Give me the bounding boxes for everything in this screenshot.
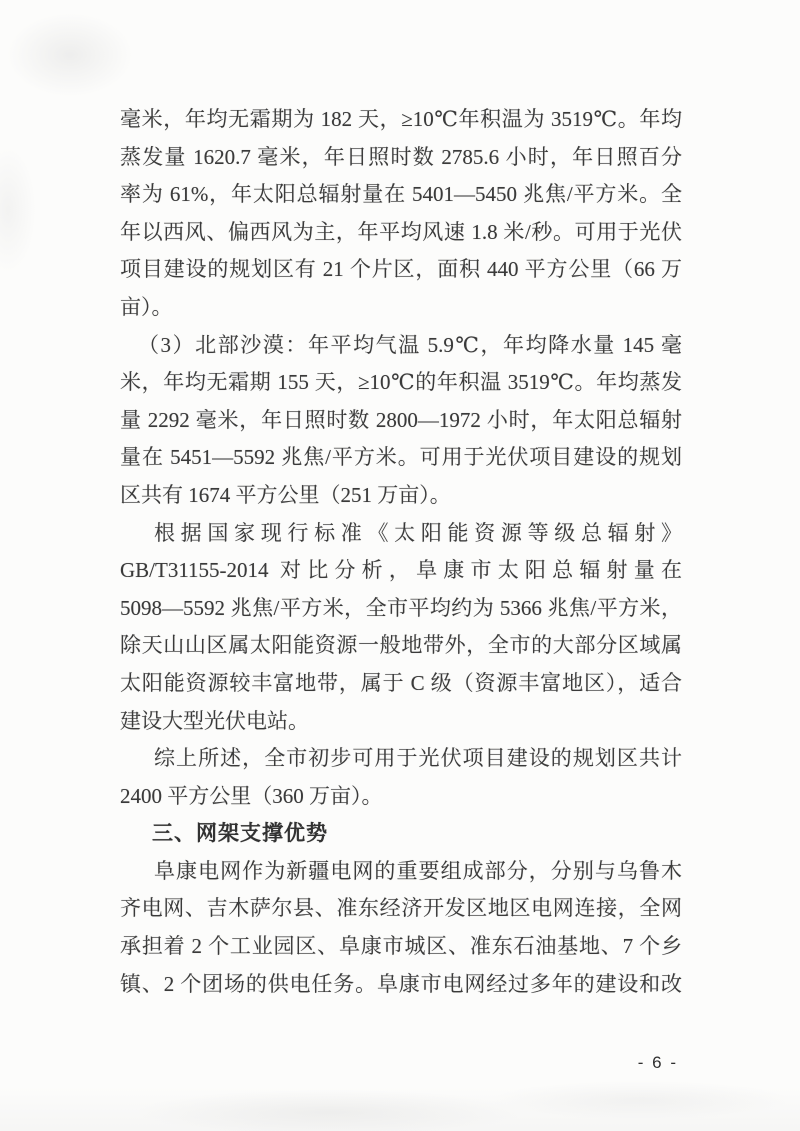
- text-line: 根据国家现行标准《太阳能资源等级总辐射》: [120, 515, 682, 553]
- text-line: 综上所述，全市初步可用于光伏项目建设的规划区共计: [120, 740, 682, 778]
- text-line: 量在 5451—5592 兆焦/平方米。可用于光伏项目建设的规划: [120, 439, 682, 477]
- text-line: 亩）。: [120, 289, 682, 327]
- text-line: 项目建设的规划区有 21 个片区，面积 440 平方公里（66 万: [120, 251, 682, 289]
- text-line: 除天山山区属太阳能资源一般地带外，全市的大部分区域属: [120, 627, 682, 665]
- text-line: 建设大型光伏电站。: [120, 703, 682, 741]
- text-line: 蒸发量 1620.7 毫米，年日照时数 2785.6 小时，年日照百分: [120, 139, 682, 177]
- text-line: 毫米，年均无霜期为 182 天，≥10℃年积温为 3519℃。年均: [120, 101, 682, 139]
- document-page: 毫米，年均无霜期为 182 天，≥10℃年积温为 3519℃。年均 蒸发量 16…: [0, 0, 800, 1131]
- text-line: 太阳能资源较丰富地带，属于 C 级（资源丰富地区），适合: [120, 665, 682, 703]
- page-number: - 6 -: [638, 1053, 678, 1073]
- text-line: 区共有 1674 平方公里（251 万亩）。: [120, 477, 682, 515]
- text-line: 米，年均无霜期 155 天，≥10℃的年积温 3519℃。年均蒸发: [120, 364, 682, 402]
- section-heading: 三、网架支撑优势: [120, 815, 682, 853]
- text-line: 2400 平方公里（360 万亩）。: [120, 778, 682, 816]
- text-line: 5098—5592 兆焦/平方米，全市平均约为 5366 兆焦/平方米，: [120, 590, 682, 628]
- text-line: 阜康电网作为新疆电网的重要组成部分，分别与乌鲁木: [120, 853, 682, 891]
- text-line: 量 2292 毫米，年日照时数 2800—1972 小时，年太阳总辐射: [120, 402, 682, 440]
- text-line: （3）北部沙漠：年平均气温 5.9℃，年均降水量 145 毫: [120, 327, 682, 365]
- text-line: 齐电网、吉木萨尔县、准东经济开发区地区电网连接，全网: [120, 890, 682, 928]
- document-body: 毫米，年均无霜期为 182 天，≥10℃年积温为 3519℃。年均 蒸发量 16…: [120, 101, 682, 1003]
- text-line: 承担着 2 个工业园区、阜康市城区、准东石油基地、7 个乡: [120, 928, 682, 966]
- text-line: 率为 61%，年太阳总辐射量在 5401—5450 兆焦/平方米。全: [120, 176, 682, 214]
- text-line: 年以西风、偏西风为主，年平均风速 1.8 米/秒。可用于光伏: [120, 214, 682, 252]
- text-line: 镇、2 个团场的供电任务。阜康市电网经过多年的建设和改: [120, 966, 682, 1004]
- text-line: GB/T31155-2014 对比分析，阜康市太阳总辐射量在: [120, 552, 682, 590]
